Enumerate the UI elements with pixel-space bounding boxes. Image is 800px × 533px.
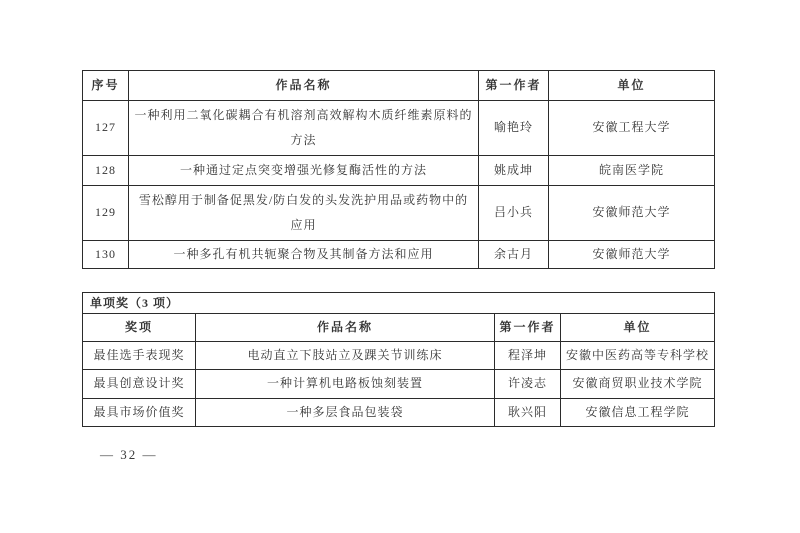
column-header-award: 奖项 xyxy=(83,314,196,342)
cell-org: 安徽师范大学 xyxy=(549,241,715,269)
cell-title: 雪松醇用于制备促黑发/防白发的头发洗护用品或药物中的应用 xyxy=(129,186,479,241)
cell-no: 127 xyxy=(83,101,129,156)
column-header-no: 序号 xyxy=(83,71,129,101)
cell-org: 安徽商贸职业技术学院 xyxy=(561,370,715,398)
cell-title: 一种利用二氧化碳耦合有机溶剂高效解构木质纤维素原料的方法 xyxy=(129,101,479,156)
cell-title: 一种计算机电路板蚀刻装置 xyxy=(196,370,495,398)
cell-author: 余古月 xyxy=(479,241,549,269)
section-title: 单项奖（3 项） xyxy=(83,293,715,314)
cell-no: 130 xyxy=(83,241,129,269)
column-header-title: 作品名称 xyxy=(196,314,495,342)
table-row: 130 一种多孔有机共轭聚合物及其制备方法和应用 余古月 安徽师范大学 xyxy=(83,241,715,269)
cell-award: 最佳选手表现奖 xyxy=(83,342,196,370)
table-row: 最具创意设计奖 一种计算机电路板蚀刻装置 许凌志 安徽商贸职业技术学院 xyxy=(83,370,715,398)
table-row: 127 一种利用二氧化碳耦合有机溶剂高效解构木质纤维素原料的方法 喻艳玲 安徽工… xyxy=(83,101,715,156)
table-row: 最具市场价值奖 一种多层食品包装袋 耿兴阳 安徽信息工程学院 xyxy=(83,398,715,426)
main-awards-table: 序号 作品名称 第一作者 单位 127 一种利用二氧化碳耦合有机溶剂高效解构木质… xyxy=(82,70,715,269)
table-row: 最佳选手表现奖 电动直立下肢站立及踝关节训练床 程泽坤 安徽中医药高等专科学校 xyxy=(83,342,715,370)
cell-award: 最具市场价值奖 xyxy=(83,398,196,426)
document-page: 序号 作品名称 第一作者 单位 127 一种利用二氧化碳耦合有机溶剂高效解构木质… xyxy=(0,0,800,533)
cell-author: 姚成坤 xyxy=(479,156,549,186)
cell-author: 耿兴阳 xyxy=(495,398,561,426)
section-title-row: 单项奖（3 项） xyxy=(83,293,715,314)
page-number: — 32 — xyxy=(100,447,158,463)
cell-award: 最具创意设计奖 xyxy=(83,370,196,398)
cell-title: 一种多孔有机共轭聚合物及其制备方法和应用 xyxy=(129,241,479,269)
cell-author: 许凌志 xyxy=(495,370,561,398)
cell-title: 电动直立下肢站立及踝关节训练床 xyxy=(196,342,495,370)
cell-author: 程泽坤 xyxy=(495,342,561,370)
special-awards-table: 单项奖（3 项） 奖项 作品名称 第一作者 单位 最佳选手表现奖 电动直立下肢站… xyxy=(82,292,715,427)
cell-title: 一种通过定点突变增强光修复酶活性的方法 xyxy=(129,156,479,186)
table-row: 128 一种通过定点突变增强光修复酶活性的方法 姚成坤 皖南医学院 xyxy=(83,156,715,186)
cell-org: 安徽工程大学 xyxy=(549,101,715,156)
column-header-org: 单位 xyxy=(549,71,715,101)
main-table-header-row: 序号 作品名称 第一作者 单位 xyxy=(83,71,715,101)
cell-title: 一种多层食品包装袋 xyxy=(196,398,495,426)
column-header-title: 作品名称 xyxy=(129,71,479,101)
cell-author: 喻艳玲 xyxy=(479,101,549,156)
cell-org: 安徽中医药高等专科学校 xyxy=(561,342,715,370)
cell-org: 皖南医学院 xyxy=(549,156,715,186)
cell-no: 129 xyxy=(83,186,129,241)
cell-org: 安徽信息工程学院 xyxy=(561,398,715,426)
column-header-author: 第一作者 xyxy=(479,71,549,101)
cell-author: 吕小兵 xyxy=(479,186,549,241)
table-row: 129 雪松醇用于制备促黑发/防白发的头发洗护用品或药物中的应用 吕小兵 安徽师… xyxy=(83,186,715,241)
award-table-header-row: 奖项 作品名称 第一作者 单位 xyxy=(83,314,715,342)
column-header-org: 单位 xyxy=(561,314,715,342)
column-header-author: 第一作者 xyxy=(495,314,561,342)
cell-org: 安徽师范大学 xyxy=(549,186,715,241)
cell-no: 128 xyxy=(83,156,129,186)
